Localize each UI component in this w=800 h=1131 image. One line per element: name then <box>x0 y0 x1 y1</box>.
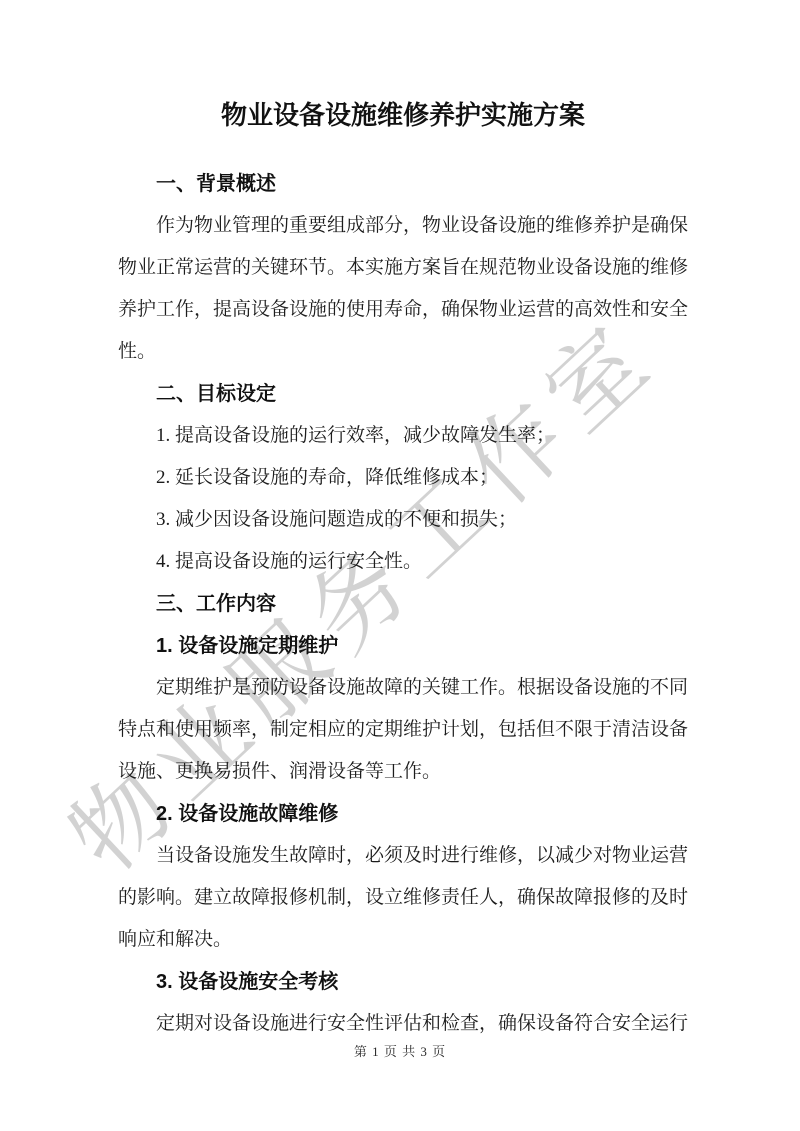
document-page: 物业服务工作室 物业设备设施维修养护实施方案 一、背景概述作为物业管理的重要组成… <box>0 0 800 1131</box>
paragraph-12: 当设备设施发生故障时，必须及时进行维修，以减少对物业运营的影响。建立故障报修机制… <box>118 835 688 961</box>
paragraph-10: 定期维护是预防设备设施故障的关键工作。根据设备设施的不同特点和使用频率，制定相应… <box>118 667 688 793</box>
list-item-6: 3. 减少因设备设施问题造成的不便和损失； <box>118 499 688 541</box>
list-item-4: 1. 提高设备设施的运行效率，减少故障发生率； <box>118 415 688 457</box>
document-title: 物业设备设施维修养护实施方案 <box>118 95 688 137</box>
subheading-11: 2. 设备设施故障维修 <box>118 793 688 835</box>
document-body: 一、背景概述作为物业管理的重要组成部分，物业设备设施的维修养护是确保物业正常运营… <box>118 163 688 1045</box>
heading-1: 一、背景概述 <box>118 163 688 205</box>
subheading-13: 3. 设备设施安全考核 <box>118 961 688 1003</box>
page-number-footer: 第 1 页 共 3 页 <box>0 1042 800 1062</box>
document-content: 物业设备设施维修养护实施方案 一、背景概述作为物业管理的重要组成部分，物业设备设… <box>118 95 688 1045</box>
list-item-5: 2. 延长设备设施的寿命，降低维修成本； <box>118 457 688 499</box>
paragraph-14: 定期对设备设施进行安全性评估和检查，确保设备符合安全运行 <box>118 1003 688 1045</box>
list-item-7: 4. 提高设备设施的运行安全性。 <box>118 541 688 583</box>
heading-3: 二、目标设定 <box>118 373 688 415</box>
subheading-9: 1. 设备设施定期维护 <box>118 625 688 667</box>
paragraph-2: 作为物业管理的重要组成部分，物业设备设施的维修养护是确保物业正常运营的关键环节。… <box>118 205 688 373</box>
heading-8: 三、工作内容 <box>118 583 688 625</box>
